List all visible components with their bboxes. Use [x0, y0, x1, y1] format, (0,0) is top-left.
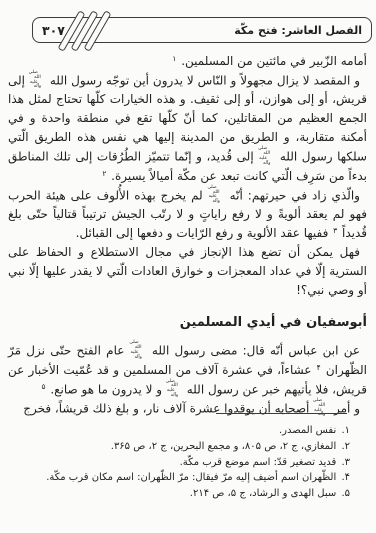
body-text: أمامه الزّبير في مائتين من المسلمين. ۱و … — [8, 52, 367, 418]
page-header: الفصل العاشر: فتح مكّة ۳۰۷ — [32, 17, 372, 43]
honorific-symbol: صلى اللهعليه وآله — [167, 380, 182, 399]
book-page: الفصل العاشر: فتح مكّة ۳۰۷ أمامه الزّبير… — [0, 0, 376, 533]
footnote-marker: ۲ — [101, 169, 107, 178]
footnote-item: ۳. قديد تصغير قدّ: اسم موضع قرب مكّة. — [8, 455, 350, 471]
paragraph: والّذي زاد في حيرتهم: أنّه صلى اللهعليه … — [8, 186, 367, 243]
footnote-number: ۱. — [339, 425, 350, 436]
footnote-marker: ۴ — [316, 363, 322, 372]
section-paragraphs: عن ابن عباس أنّه قال: مضى رسول الله صلى … — [8, 341, 367, 418]
honorific-symbol: صلى اللهعليه وآله — [259, 147, 274, 166]
footnote-number: ۵. — [339, 488, 350, 499]
footnote-number: ۲. — [339, 441, 350, 452]
footnote-marker: ۵ — [41, 382, 47, 391]
footnote-item: ۴. الظّهران اسم أضيف إليه مرّ فيقال: مرّ… — [8, 470, 350, 486]
footnote-text: قديد تصغير قدّ: اسم موضع قرب مكّة. — [180, 457, 340, 468]
footnote-item: ۱. نفس المصدر. — [8, 423, 350, 439]
footnote-text: سبل الهدى و الرشاد، ج ۵، ص ۲۱۴. — [190, 488, 340, 499]
honorific-symbol: صلى اللهعليه وآله — [209, 186, 224, 205]
footnote-text: نفس المصدر. — [279, 425, 339, 436]
footnote-text: المغازي، ج ۲، ص ۸۰۵، و مجمع البحرين، ج ۲… — [111, 441, 340, 452]
footnote-item: ۵. سبل الهدى و الرشاد، ج ۵، ص ۲۱۴. — [8, 486, 350, 502]
chapter-title: الفصل العاشر: فتح مكّة — [234, 24, 362, 37]
paragraph: و المقصد لا يزال مجهولاً و النّاس لا يدر… — [8, 71, 367, 186]
footnote-item: ۲. المغازي، ج ۲، ص ۸۰۵، و مجمع البحرين، … — [8, 439, 350, 455]
footnote-marker: ۱ — [171, 54, 177, 63]
page-number: ۳۰۷ — [42, 23, 65, 38]
footnote-number: ۳. — [339, 457, 350, 468]
honorific-symbol: صلى اللهعليه وآله — [131, 341, 146, 360]
paragraph: عن ابن عباس أنّه قال: مضى رسول الله صلى … — [8, 341, 367, 399]
section-heading: أبوسفيان في أيدي المسلمين — [8, 313, 367, 332]
footnote-text: الظّهران اسم أضيف إليه مرّ فيقال: مرّ ال… — [46, 472, 339, 483]
paragraph: فهل يمكن أن تضع هذا الإنجاز في مجال الاس… — [8, 243, 367, 300]
footnote-separator — [216, 413, 347, 414]
intro-paragraphs: أمامه الزّبير في مائتين من المسلمين. ۱و … — [8, 52, 367, 300]
paragraph: أمامه الزّبير في مائتين من المسلمين. ۱ — [8, 52, 367, 71]
honorific-symbol: صلى اللهعليه وآله — [30, 71, 45, 90]
footnote-number: ۴. — [339, 472, 350, 483]
footnote-marker: ۳ — [332, 226, 338, 235]
footnote-list: ۱. نفس المصدر.۲. المغازي، ج ۲، ص ۸۰۵، و … — [8, 423, 367, 502]
footnotes: ۱. نفس المصدر.۲. المغازي، ج ۲، ص ۸۰۵، و … — [8, 413, 367, 502]
